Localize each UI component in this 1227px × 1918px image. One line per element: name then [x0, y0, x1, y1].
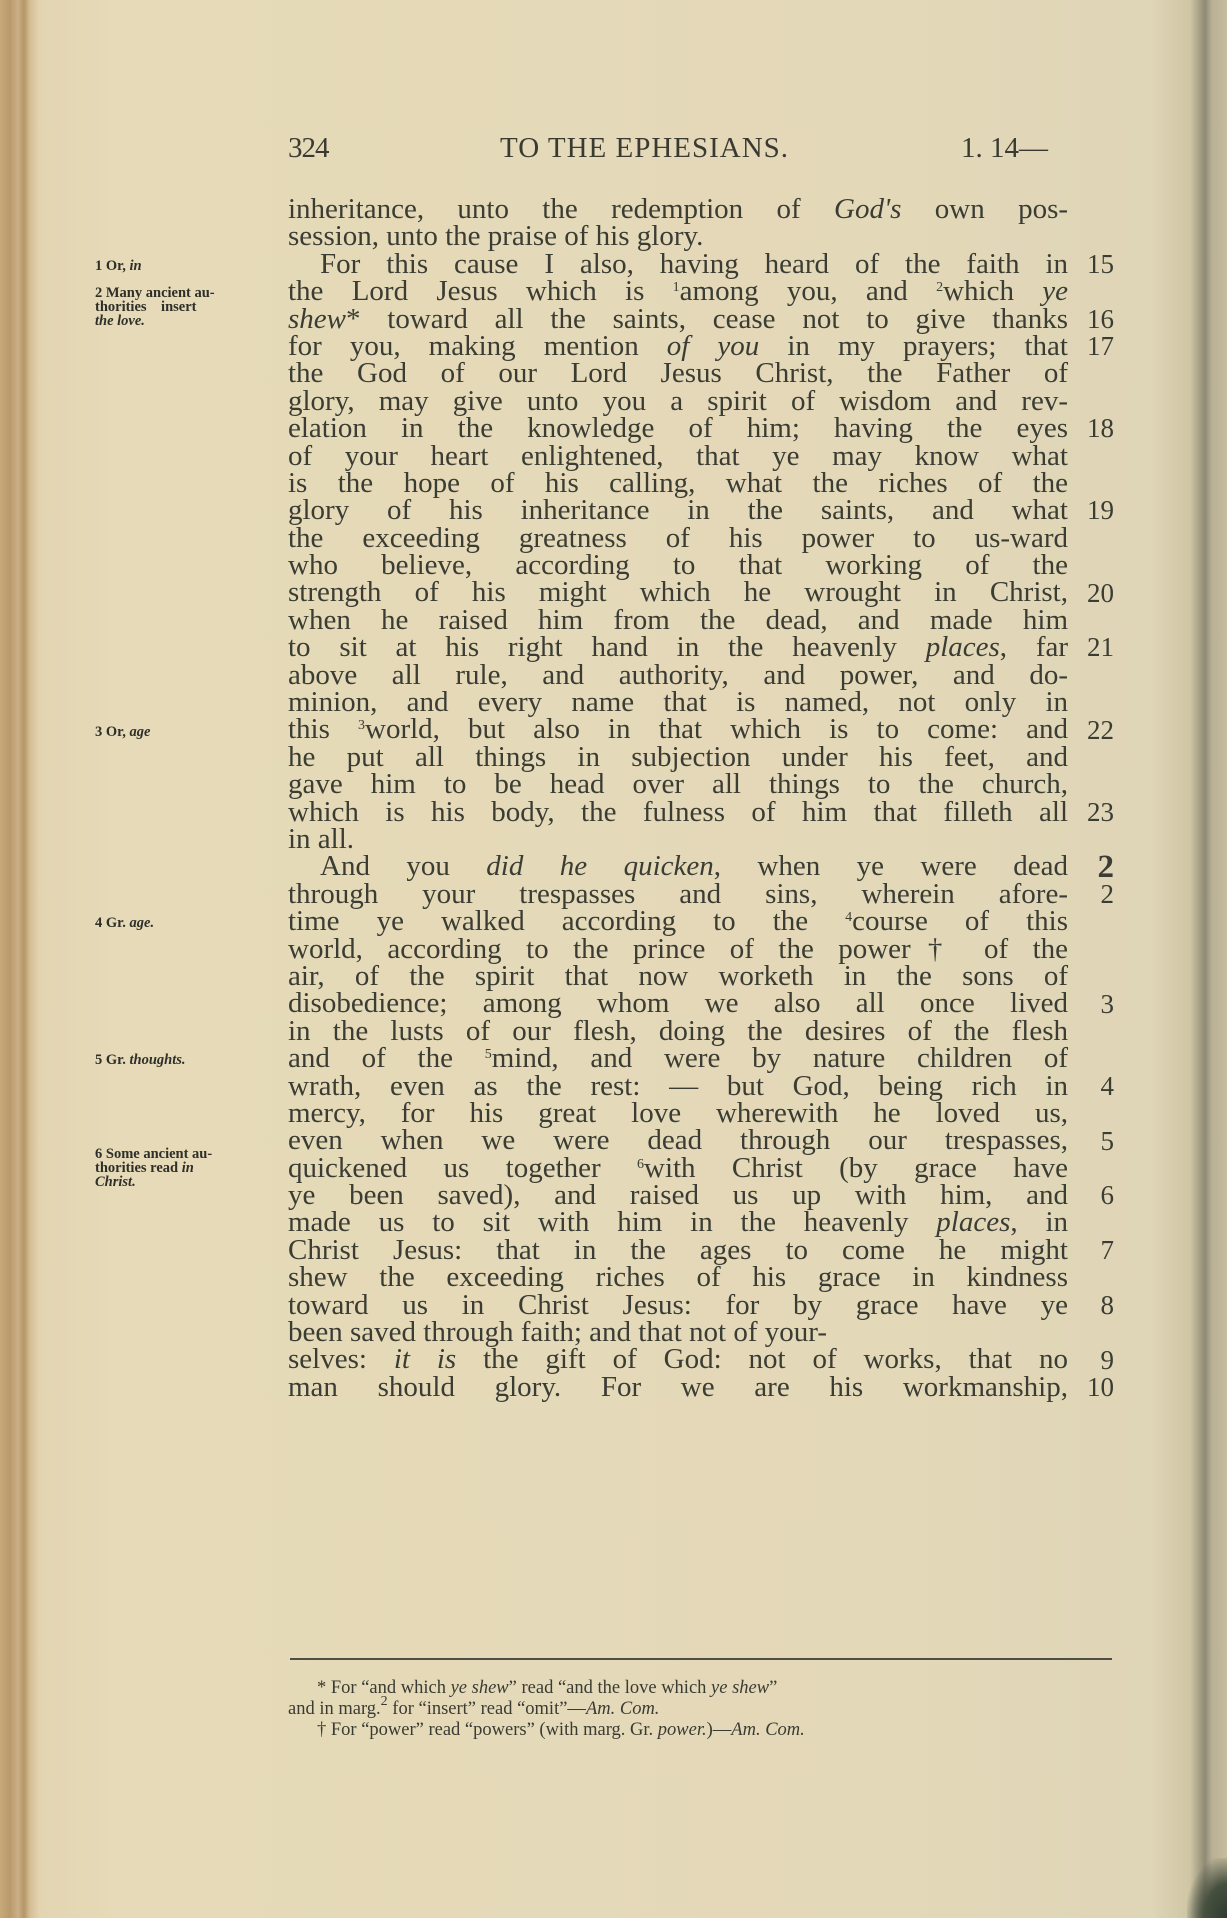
- text-line: session, unto the praise of his glory.: [288, 223, 1068, 250]
- text-line: gave him to be head over all things to t…: [288, 771, 1068, 798]
- verse-number: 8: [1068, 1292, 1114, 1319]
- italic-text: Am. Com.: [586, 1699, 660, 1719]
- italic-text: age.: [130, 915, 155, 931]
- margin-note-line: 6 Some ancient au-: [95, 1147, 212, 1161]
- text-line: quickened us together 6with Christ (by g…: [288, 1155, 1068, 1182]
- text-line: in the lusts of our flesh, doing the des…: [288, 1018, 1068, 1045]
- verse-number: 17: [1068, 333, 1114, 360]
- footnote-line: * For “and which ye shew” read “and the …: [288, 1678, 1118, 1699]
- text-line: the God of our Lord Jesus Christ, the Fa…: [288, 360, 1068, 387]
- marginal-reference-mark: 3: [358, 718, 365, 733]
- margin-note: 1 Or, in: [95, 259, 142, 273]
- verse-number: 10: [1068, 1374, 1114, 1401]
- page-number: 324: [288, 132, 329, 165]
- verse-number: 16: [1068, 306, 1114, 333]
- italic-text: in: [182, 1160, 194, 1176]
- text-line: inheritance, unto the redemption of God'…: [288, 196, 1068, 223]
- italic-text: age: [130, 724, 151, 740]
- text-line: mercy, for his great love wherewith he l…: [288, 1100, 1068, 1127]
- italic-text: God's: [834, 193, 901, 225]
- verse-number: 22: [1068, 717, 1114, 744]
- text-line: through your trespasses and sins, wherei…: [288, 881, 1068, 908]
- margin-note-line: thorities insert: [95, 300, 215, 314]
- verse-number: 5: [1068, 1128, 1114, 1155]
- marginal-reference-mark: 6: [637, 1157, 644, 1172]
- footnote-divider: [290, 1658, 1112, 1660]
- text-run: man should glory. For we are his workman…: [288, 1371, 1068, 1403]
- margin-note-line: 2 Many ancient au-: [95, 286, 215, 300]
- italic-text: ye shew: [451, 1678, 509, 1698]
- verse-number: 23: [1068, 799, 1114, 826]
- text-line: to sit at his right hand in the heavenly…: [288, 634, 1068, 661]
- text-line: he put all things in subjection under hi…: [288, 744, 1068, 771]
- footnote-line: † For “power” read “powers” (with marg. …: [288, 1720, 1118, 1741]
- text-line: when he raised him from the dead, and ma…: [288, 607, 1068, 634]
- text-line: minion, and every name that is named, no…: [288, 689, 1068, 716]
- verse-number: 19: [1068, 497, 1114, 524]
- text-run: own pos-: [901, 193, 1068, 225]
- text-line: For this cause I also, having heard of t…: [288, 251, 1068, 278]
- text-line: toward us in Christ Jesus: for by grace …: [288, 1292, 1068, 1319]
- marginal-reference-mark: 1: [673, 280, 680, 295]
- margin-note: 5 Gr. thoughts.: [95, 1053, 186, 1067]
- text-line: and of the 5mind, and were by nature chi…: [288, 1045, 1068, 1072]
- footnotes: * For “and which ye shew” read “and the …: [288, 1678, 1118, 1741]
- text-line: shew* toward all the saints, cease not t…: [288, 306, 1068, 333]
- book-page: 324 TO THE EPHESIANS. 1. 14— 1 Or, in2 M…: [0, 0, 1227, 1918]
- text-line: this 3world, but also in that which is t…: [288, 716, 1068, 743]
- verse-number: 2: [1068, 881, 1114, 908]
- text-run: for “insert” read “omit”—: [388, 1699, 586, 1719]
- margin-note: 2 Many ancient au-thorities insertthe lo…: [95, 286, 215, 328]
- margin-note: 3 Or, age: [95, 725, 150, 739]
- verse-number: 20: [1068, 580, 1114, 607]
- text-line: even when we were dead through our tresp…: [288, 1127, 1068, 1154]
- binding-shadow: [1187, 1858, 1227, 1918]
- verse-number: 7: [1068, 1237, 1114, 1264]
- margin-note-line: thorities read in: [95, 1161, 212, 1175]
- text-line: man should glory. For we are his workman…: [288, 1374, 1068, 1401]
- text-line: glory, may give unto you a spirit of wis…: [288, 388, 1068, 415]
- verse-number: 9: [1068, 1347, 1114, 1374]
- text-run: 1 Or,: [95, 258, 130, 274]
- text-run: 5 Gr.: [95, 1052, 130, 1068]
- text-line: for you, making mention of you in my pra…: [288, 333, 1068, 360]
- text-line: above all rule, and authority, and power…: [288, 662, 1068, 689]
- text-line: which is his body, the fulness of him th…: [288, 799, 1068, 826]
- text-line: strength of his might which he wrought i…: [288, 579, 1068, 606]
- text-line: in all.: [288, 826, 1068, 853]
- text-line: who believe, according to that working o…: [288, 552, 1068, 579]
- text-run: † For “power” read “powers” (with marg. …: [317, 1720, 658, 1740]
- text-run: ”: [769, 1678, 777, 1698]
- verse-number: 18: [1068, 415, 1114, 442]
- italic-text: Am. Com.: [731, 1720, 805, 1740]
- text-run: ” read “and the love which: [509, 1678, 711, 1698]
- marginal-reference-mark: 2: [381, 1694, 388, 1709]
- text-line: disobedience; among whom we also all onc…: [288, 990, 1068, 1017]
- italic-text: Christ.: [95, 1174, 136, 1190]
- italic-text: thoughts.: [130, 1052, 186, 1068]
- italic-text: power.: [658, 1720, 707, 1740]
- text-line: And you did he quicken, when ye were dea…: [288, 853, 1068, 880]
- margin-note-line: the love.: [95, 314, 215, 328]
- verse-number: 21: [1068, 634, 1114, 661]
- verse-number: 6: [1068, 1182, 1114, 1209]
- text-line: wrath, even as the rest: — but God, bein…: [288, 1073, 1068, 1100]
- chapter-number: 2: [1068, 854, 1114, 881]
- text-run: which is his body, the fulness of him th…: [288, 796, 1068, 828]
- margin-note-line: Christ.: [95, 1175, 212, 1189]
- text-run: 3 Or,: [95, 724, 130, 740]
- verse-number: 15: [1068, 251, 1114, 278]
- text-line: ye been saved), and raised us up with hi…: [288, 1182, 1068, 1209]
- margin-note: 4 Gr. age.: [95, 916, 154, 930]
- footnote-line: and in marg.2 for “insert” read “omit”—A…: [288, 1699, 1118, 1720]
- text-line: made us to sit with him in the heavenly …: [288, 1209, 1068, 1236]
- margin-note: 6 Some ancient au-thorities read inChris…: [95, 1147, 212, 1189]
- text-line: been saved through faith; and that not o…: [288, 1319, 1068, 1346]
- verse-number: 4: [1068, 1073, 1114, 1100]
- text-line: is the hope of his calling, what the ric…: [288, 470, 1068, 497]
- text-line: time ye walked according to the 4course …: [288, 908, 1068, 935]
- margin-note-line: 5 Gr. thoughts.: [95, 1053, 186, 1067]
- text-line: elation in the knowledge of him; having …: [288, 415, 1068, 442]
- scripture-text-column: inheritance, unto the redemption of God'…: [288, 196, 1068, 1401]
- text-run: and in marg.: [288, 1699, 381, 1719]
- text-line: of your heart enlightened, that ye may k…: [288, 443, 1068, 470]
- text-line: selves: it is the gift of God: not of wo…: [288, 1346, 1068, 1373]
- italic-text: in: [130, 258, 142, 274]
- text-line: the Lord Jesus which is 1among you, and …: [288, 278, 1068, 305]
- margin-note-line: 4 Gr. age.: [95, 916, 154, 930]
- margin-note-line: 1 Or, in: [95, 259, 142, 273]
- margin-note-line: 3 Or, age: [95, 725, 150, 739]
- text-run: 4 Gr.: [95, 915, 130, 931]
- italic-text: ye shew: [711, 1678, 769, 1698]
- chapter-verse-reference: 1. 14—: [961, 132, 1048, 165]
- text-line: world, according to the prince of the po…: [288, 936, 1068, 963]
- text-line: glory of his inheritance in the saints, …: [288, 497, 1068, 524]
- text-line: shew the exceeding riches of his grace i…: [288, 1264, 1068, 1291]
- text-line: air, of the spirit that now worketh in t…: [288, 963, 1068, 990]
- verse-number: 3: [1068, 991, 1114, 1018]
- italic-text: the love.: [95, 313, 145, 329]
- text-run: )—: [707, 1720, 732, 1740]
- text-line: the exceeding greatness of his power to …: [288, 525, 1068, 552]
- running-title: TO THE EPHESIANS.: [500, 132, 789, 165]
- marginal-reference-mark: 5: [485, 1047, 492, 1062]
- running-header: 324 TO THE EPHESIANS. 1. 14—: [288, 128, 1108, 168]
- text-line: Christ Jesus: that in the ages to come h…: [288, 1237, 1068, 1264]
